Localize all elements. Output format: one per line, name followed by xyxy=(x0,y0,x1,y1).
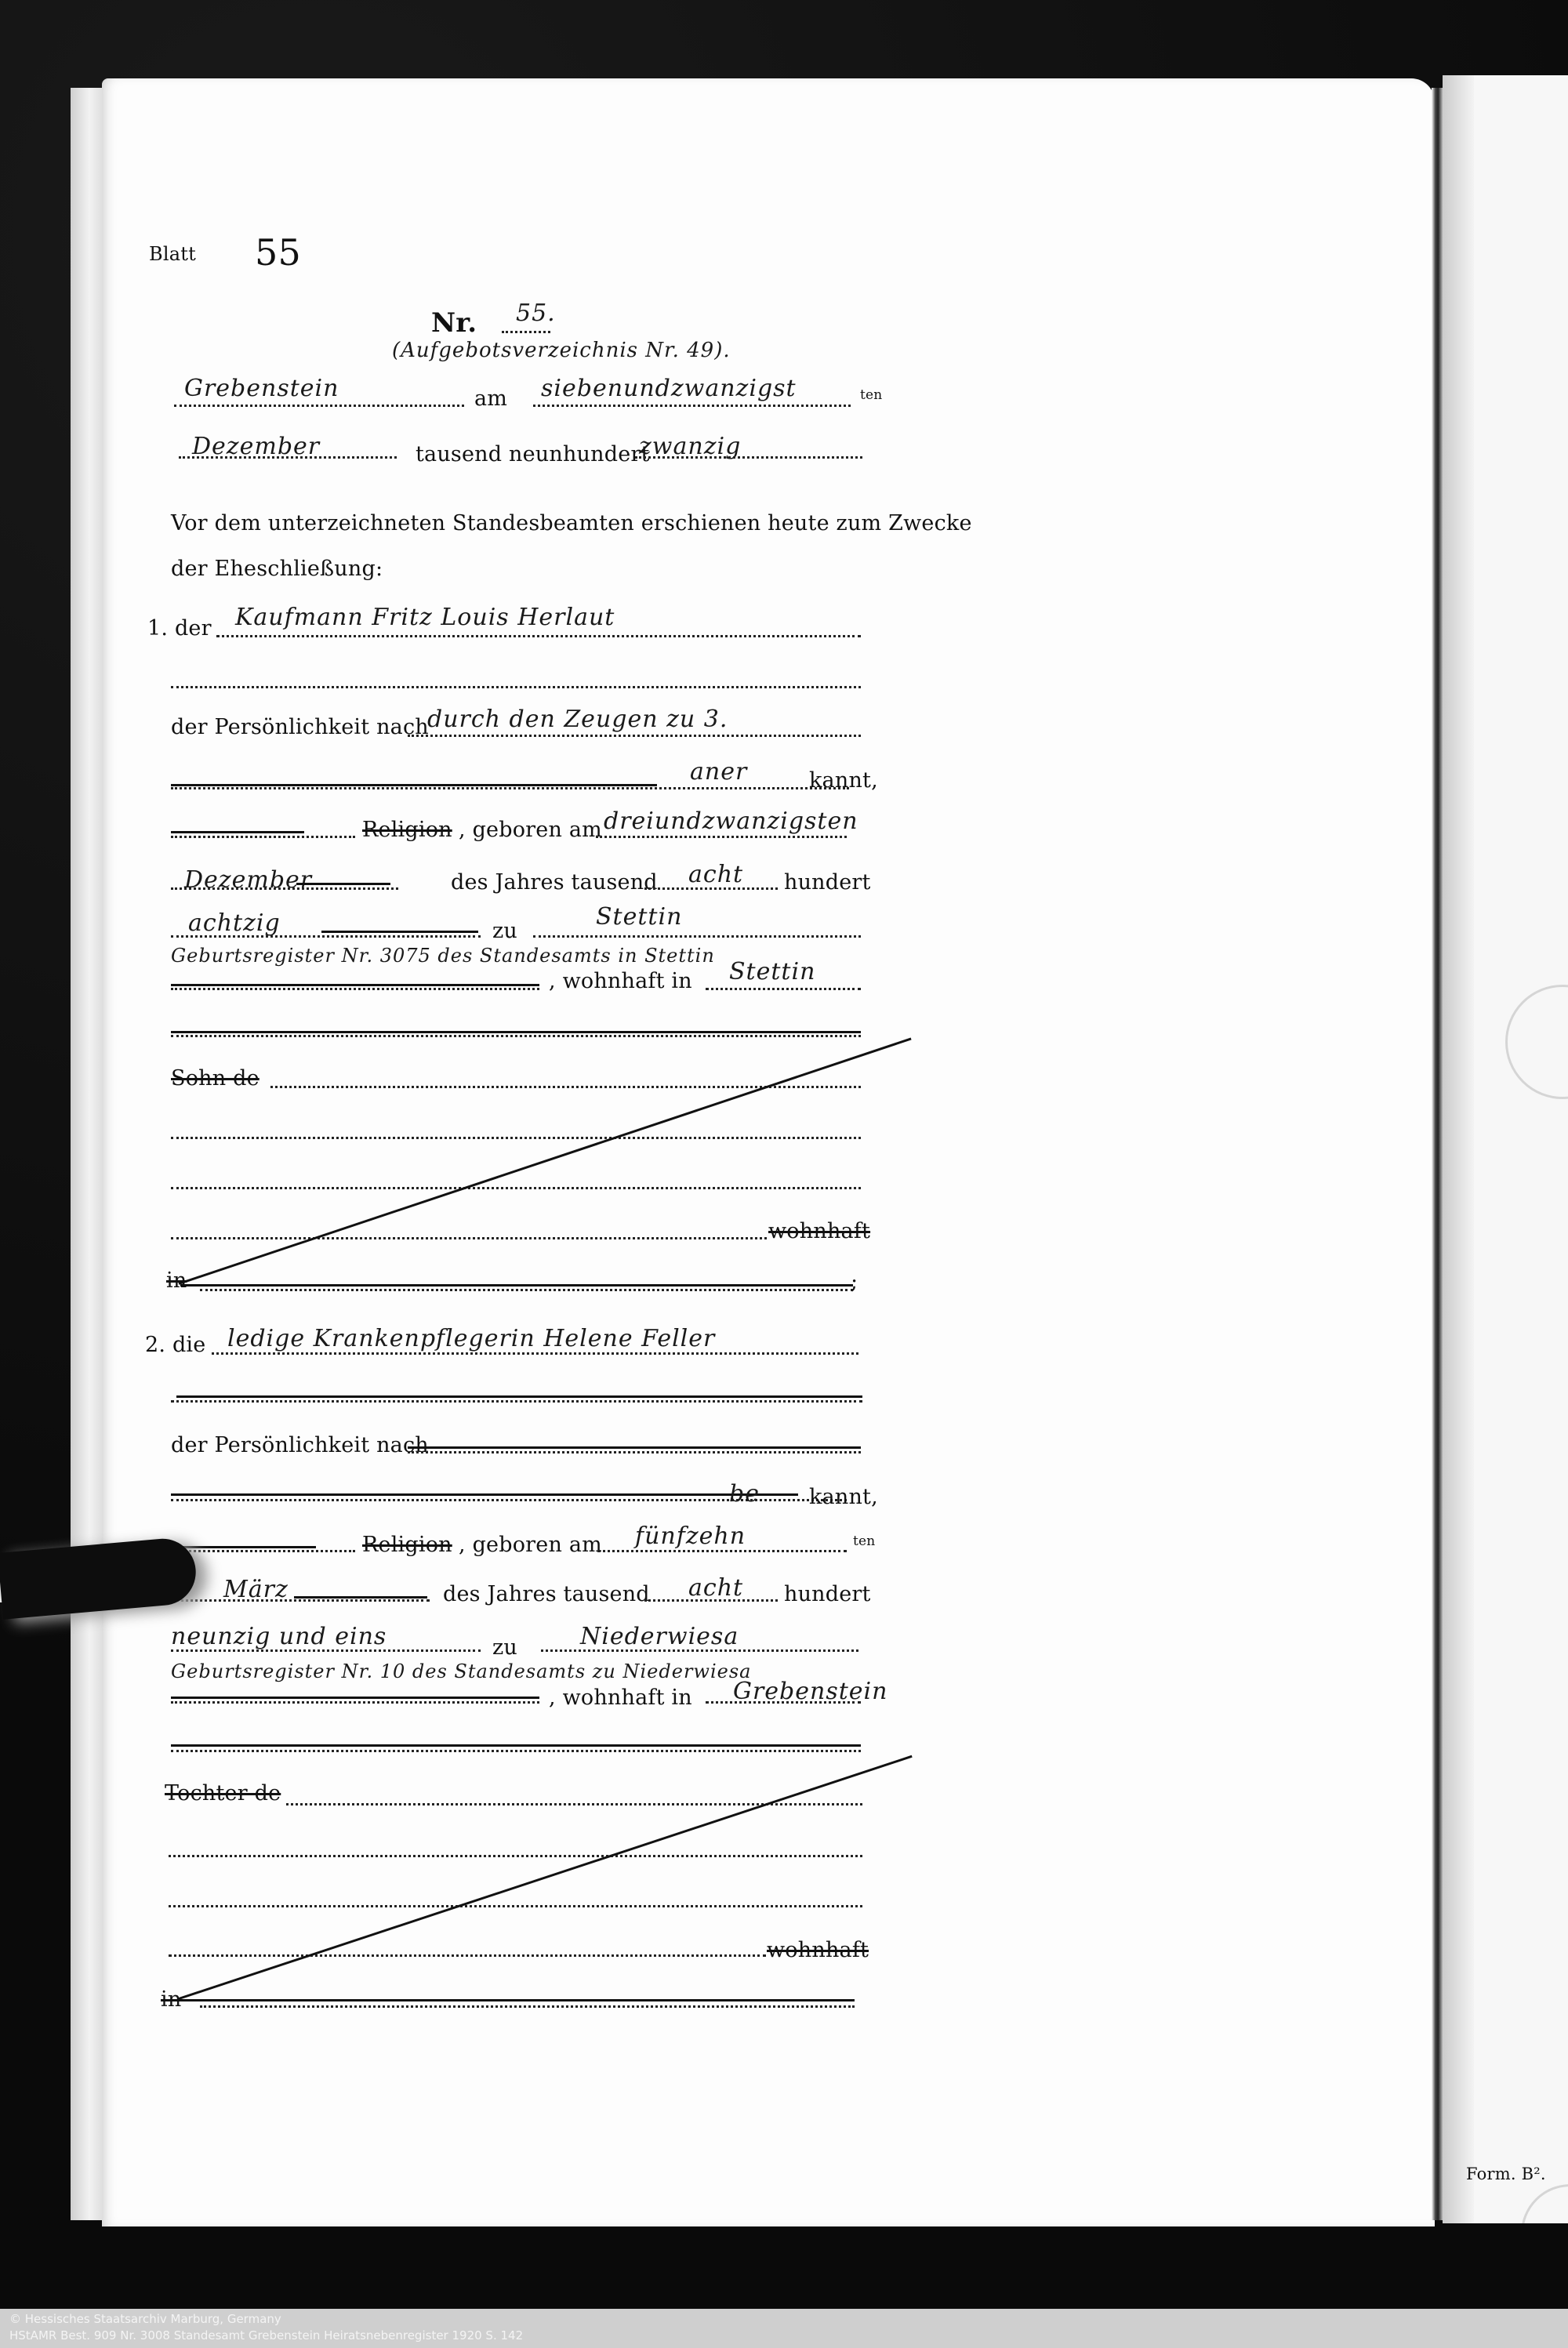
intro-text: der Eheschließung: xyxy=(171,557,383,581)
groom-number: 1. der xyxy=(147,616,212,641)
residence-label: , wohnhaft in xyxy=(549,969,692,993)
day-suffix: ten xyxy=(853,1533,875,1549)
bride-name-field: ledige Krankenpflegerin Helene Feller xyxy=(227,1325,715,1352)
annotation: (Aufgebotsverzeichnis Nr. 49). xyxy=(392,339,731,362)
groom-identity-label: der Persönlichkeit nach xyxy=(171,715,429,739)
book-gutter xyxy=(1432,88,1443,2220)
born-label: , geboren am xyxy=(459,1533,602,1557)
tausend-neunhundert-label: tausend neunhundert xyxy=(416,442,650,466)
citation-line: HStAMR Best. 909 Nr. 3008 Standesamt Gre… xyxy=(9,2328,523,2343)
groom-year-field: achtzig xyxy=(188,909,281,937)
born-label: , geboren am xyxy=(459,818,602,842)
form-label: Form. B². xyxy=(1466,2165,1546,2183)
bride-identity-label: der Persönlichkeit nach xyxy=(171,1433,429,1457)
year-label: des Jahres tausend xyxy=(443,1582,650,1606)
day-field: siebenundzwanzigst xyxy=(541,375,797,402)
bride-birthplace-field: Niederwiesa xyxy=(580,1623,739,1650)
year-label: des Jahres tausend xyxy=(451,870,658,895)
residence-label-struck: wohnhaft xyxy=(767,1938,869,1962)
groom-name-field: Kaufmann Fritz Louis Herlaut xyxy=(235,604,615,631)
groom-birth-day-field: dreiundzwanzigsten xyxy=(604,807,858,835)
zu-label: zu xyxy=(492,919,517,943)
bride-register-note: Geburtsregister Nr. 10 des Standesamts z… xyxy=(171,1660,751,1682)
end-mark: ; xyxy=(851,1270,858,1294)
parent-label-struck: Tochter de xyxy=(165,1781,281,1805)
bride-number: 2. die xyxy=(145,1333,205,1357)
bride-known-field: be xyxy=(729,1480,760,1508)
hundert-label: hundert xyxy=(784,1582,871,1606)
groom-residence-field: Stettin xyxy=(729,958,815,985)
religion-label-struck: Religion xyxy=(362,818,452,842)
entry-label: Nr. xyxy=(431,307,477,339)
day-suffix: ten xyxy=(860,387,882,403)
entry-number: 55. xyxy=(516,299,556,327)
am-label: am xyxy=(474,386,507,411)
groom-birthplace-field: Stettin xyxy=(596,903,682,931)
groom-known-field: aner xyxy=(690,758,747,786)
groom-century-field: acht xyxy=(688,861,743,888)
residence-label-struck: wohnhaft xyxy=(768,1219,870,1243)
copyright-line: © Hessisches Staatsarchiv Marburg, Germa… xyxy=(9,2312,281,2326)
facing-page: Form. B². xyxy=(1443,75,1568,2223)
place-field: Grebenstein xyxy=(184,375,339,402)
groom-identity-field: durch den Zeugen zu 3. xyxy=(427,706,728,733)
sheet-number: 55 xyxy=(255,231,301,274)
zu-label: zu xyxy=(492,1635,517,1660)
bride-year-field: neunzig und eins xyxy=(171,1623,387,1650)
parent-label-struck: Sohn de xyxy=(171,1066,260,1091)
residence-label: , wohnhaft in xyxy=(549,1686,692,1710)
archive-stamp-icon xyxy=(1505,985,1568,1099)
archive-footer: © Hessisches Staatsarchiv Marburg, Germa… xyxy=(0,2309,1568,2348)
groom-register-note: Geburtsregister Nr. 3075 des Standesamts… xyxy=(171,945,715,967)
kannt-label: kannt, xyxy=(809,768,878,793)
bride-birth-day-field: fünfzehn xyxy=(635,1522,746,1550)
hundert-label: hundert xyxy=(784,870,871,895)
sheet-label: Blatt xyxy=(149,243,196,265)
intro-text: Vor dem unterzeichneten Standesbeamten e… xyxy=(171,511,972,535)
bride-century-field: acht xyxy=(688,1574,743,1602)
kannt-label: kannt, xyxy=(809,1485,878,1509)
religion-label-struck: Religion xyxy=(362,1533,452,1557)
